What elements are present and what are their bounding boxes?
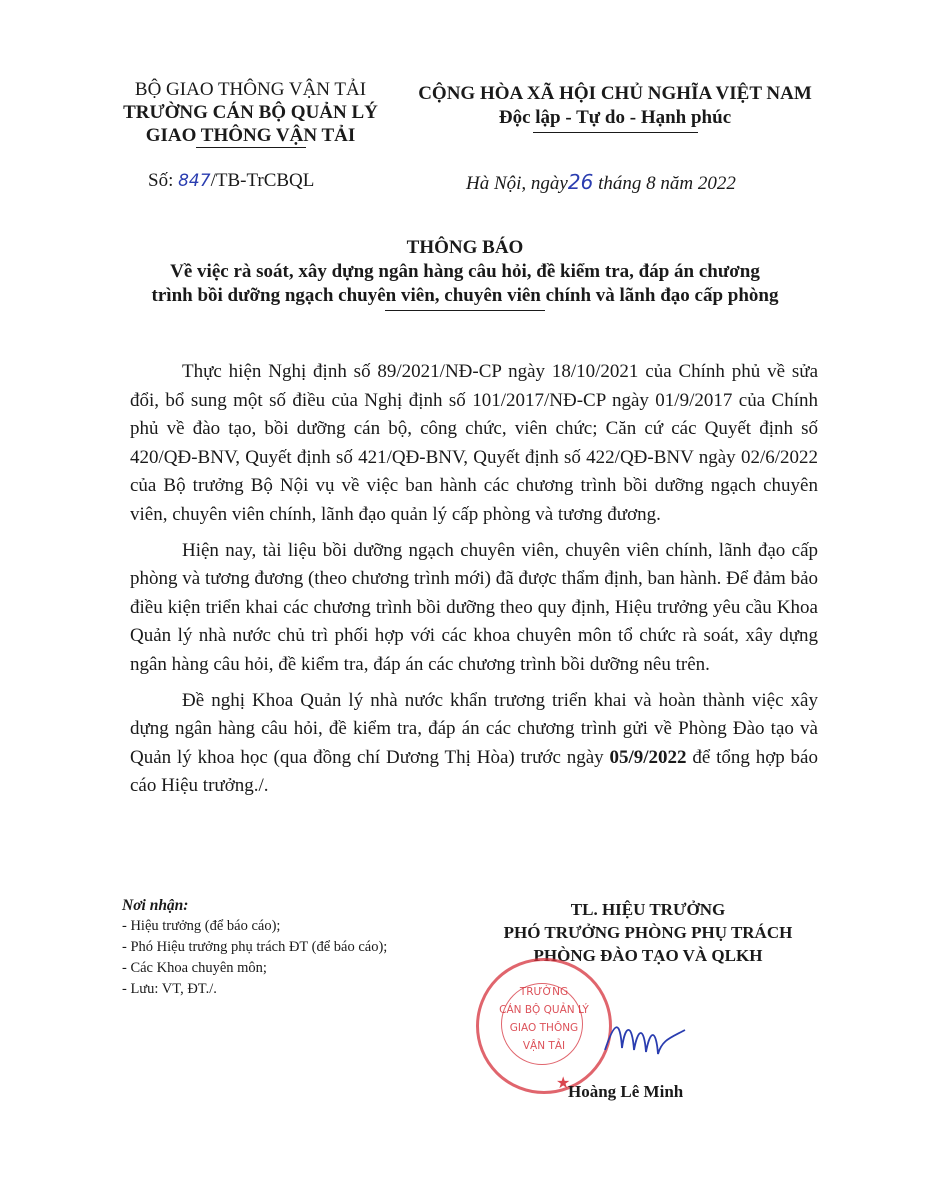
document-title-block: THÔNG BÁO Về việc rà soát, xây dựng ngân… bbox=[150, 236, 780, 311]
recipient-item: - Hiệu trưởng (để báo cáo); bbox=[122, 916, 462, 937]
document-number-suffix: /TB-TrCBQL bbox=[211, 170, 315, 191]
national-header-block: CỘNG HÒA XÃ HỘI CHỦ NGHĨA VIỆT NAM Độc l… bbox=[400, 82, 830, 133]
stamp-text-line3: GIAO THÔNG bbox=[479, 1021, 609, 1036]
signature-block: TL. HIỆU TRƯỞNG PHÓ TRƯỞNG PHÒNG PHỤ TRÁ… bbox=[462, 898, 834, 967]
document-number-prefix: Số: bbox=[148, 170, 178, 191]
recipients-label: Nơi nhận: bbox=[122, 895, 462, 916]
school-name-line1: TRƯỜNG CÁN BỘ QUẢN LÝ bbox=[108, 101, 393, 124]
school-name-line2: GIAO THÔNG VẬN TẢI bbox=[108, 124, 393, 147]
document-type-heading: THÔNG BÁO bbox=[150, 236, 780, 260]
body-paragraph-3: Đề nghị Khoa Quản lý nhà nước khẩn trươn… bbox=[130, 687, 818, 801]
body-paragraph-1: Thực hiện Nghị định số 89/2021/NĐ-CP ngà… bbox=[130, 358, 818, 530]
national-motto: Độc lập - Tự do - Hạnh phúc bbox=[400, 106, 830, 130]
stamp-text-line4: VẬN TẢI bbox=[479, 1039, 609, 1054]
recipient-item: - Phó Hiệu trưởng phụ trách ĐT (để báo c… bbox=[122, 937, 462, 958]
document-number: Số: 847/TB-TrCBQL bbox=[148, 170, 314, 192]
signer-name: Hoàng Lê Minh bbox=[568, 1082, 683, 1102]
agency-underline bbox=[196, 147, 306, 148]
official-stamp: TRƯỜNG CÁN BỘ QUẢN LÝ GIAO THÔNG VẬN TẢI bbox=[476, 958, 612, 1094]
body-paragraph-2: Hiện nay, tài liệu bồi dưỡng ngạch chuyê… bbox=[130, 537, 818, 680]
motto-underline bbox=[533, 132, 698, 133]
recipients-block: Nơi nhận: - Hiệu trưởng (để báo cáo); - … bbox=[122, 895, 462, 1000]
signer-title: PHÓ TRƯỞNG PHÒNG PHỤ TRÁCH bbox=[462, 921, 834, 944]
document-date: Hà Nội, ngày26 tháng 8 năm 2022 bbox=[466, 170, 736, 195]
country-name: CỘNG HÒA XÃ HỘI CHỦ NGHĨA VIỆT NAM bbox=[400, 82, 830, 106]
stamp-text-line1: TRƯỜNG bbox=[479, 985, 609, 1000]
handwritten-signature bbox=[600, 1010, 690, 1070]
date-prefix: Hà Nội, ngày bbox=[466, 173, 568, 194]
recipient-item: - Các Khoa chuyên môn; bbox=[122, 958, 462, 979]
subject-line-1: Về việc rà soát, xây dựng ngân hàng câu … bbox=[150, 260, 780, 284]
handwritten-number: 847 bbox=[178, 171, 210, 191]
deadline-date: 05/9/2022 bbox=[609, 747, 686, 768]
document-body: Thực hiện Nghị định số 89/2021/NĐ-CP ngà… bbox=[130, 358, 818, 808]
signer-authority: TL. HIỆU TRƯỞNG bbox=[462, 898, 834, 921]
title-underline bbox=[385, 310, 545, 311]
stamp-text-line2: CÁN BỘ QUẢN LÝ bbox=[479, 1003, 609, 1018]
ministry-name: BỘ GIAO THÔNG VẬN TẢI bbox=[108, 78, 393, 101]
handwritten-day: 26 bbox=[568, 170, 593, 194]
subject-line-2: trình bồi dưỡng ngạch chuyên viên, chuyê… bbox=[150, 284, 780, 308]
recipient-item: - Lưu: VT, ĐT./. bbox=[122, 979, 462, 1000]
date-suffix: tháng 8 năm 2022 bbox=[593, 173, 736, 194]
issuing-agency-block: BỘ GIAO THÔNG VẬN TẢI TRƯỜNG CÁN BỘ QUẢN… bbox=[108, 78, 393, 148]
